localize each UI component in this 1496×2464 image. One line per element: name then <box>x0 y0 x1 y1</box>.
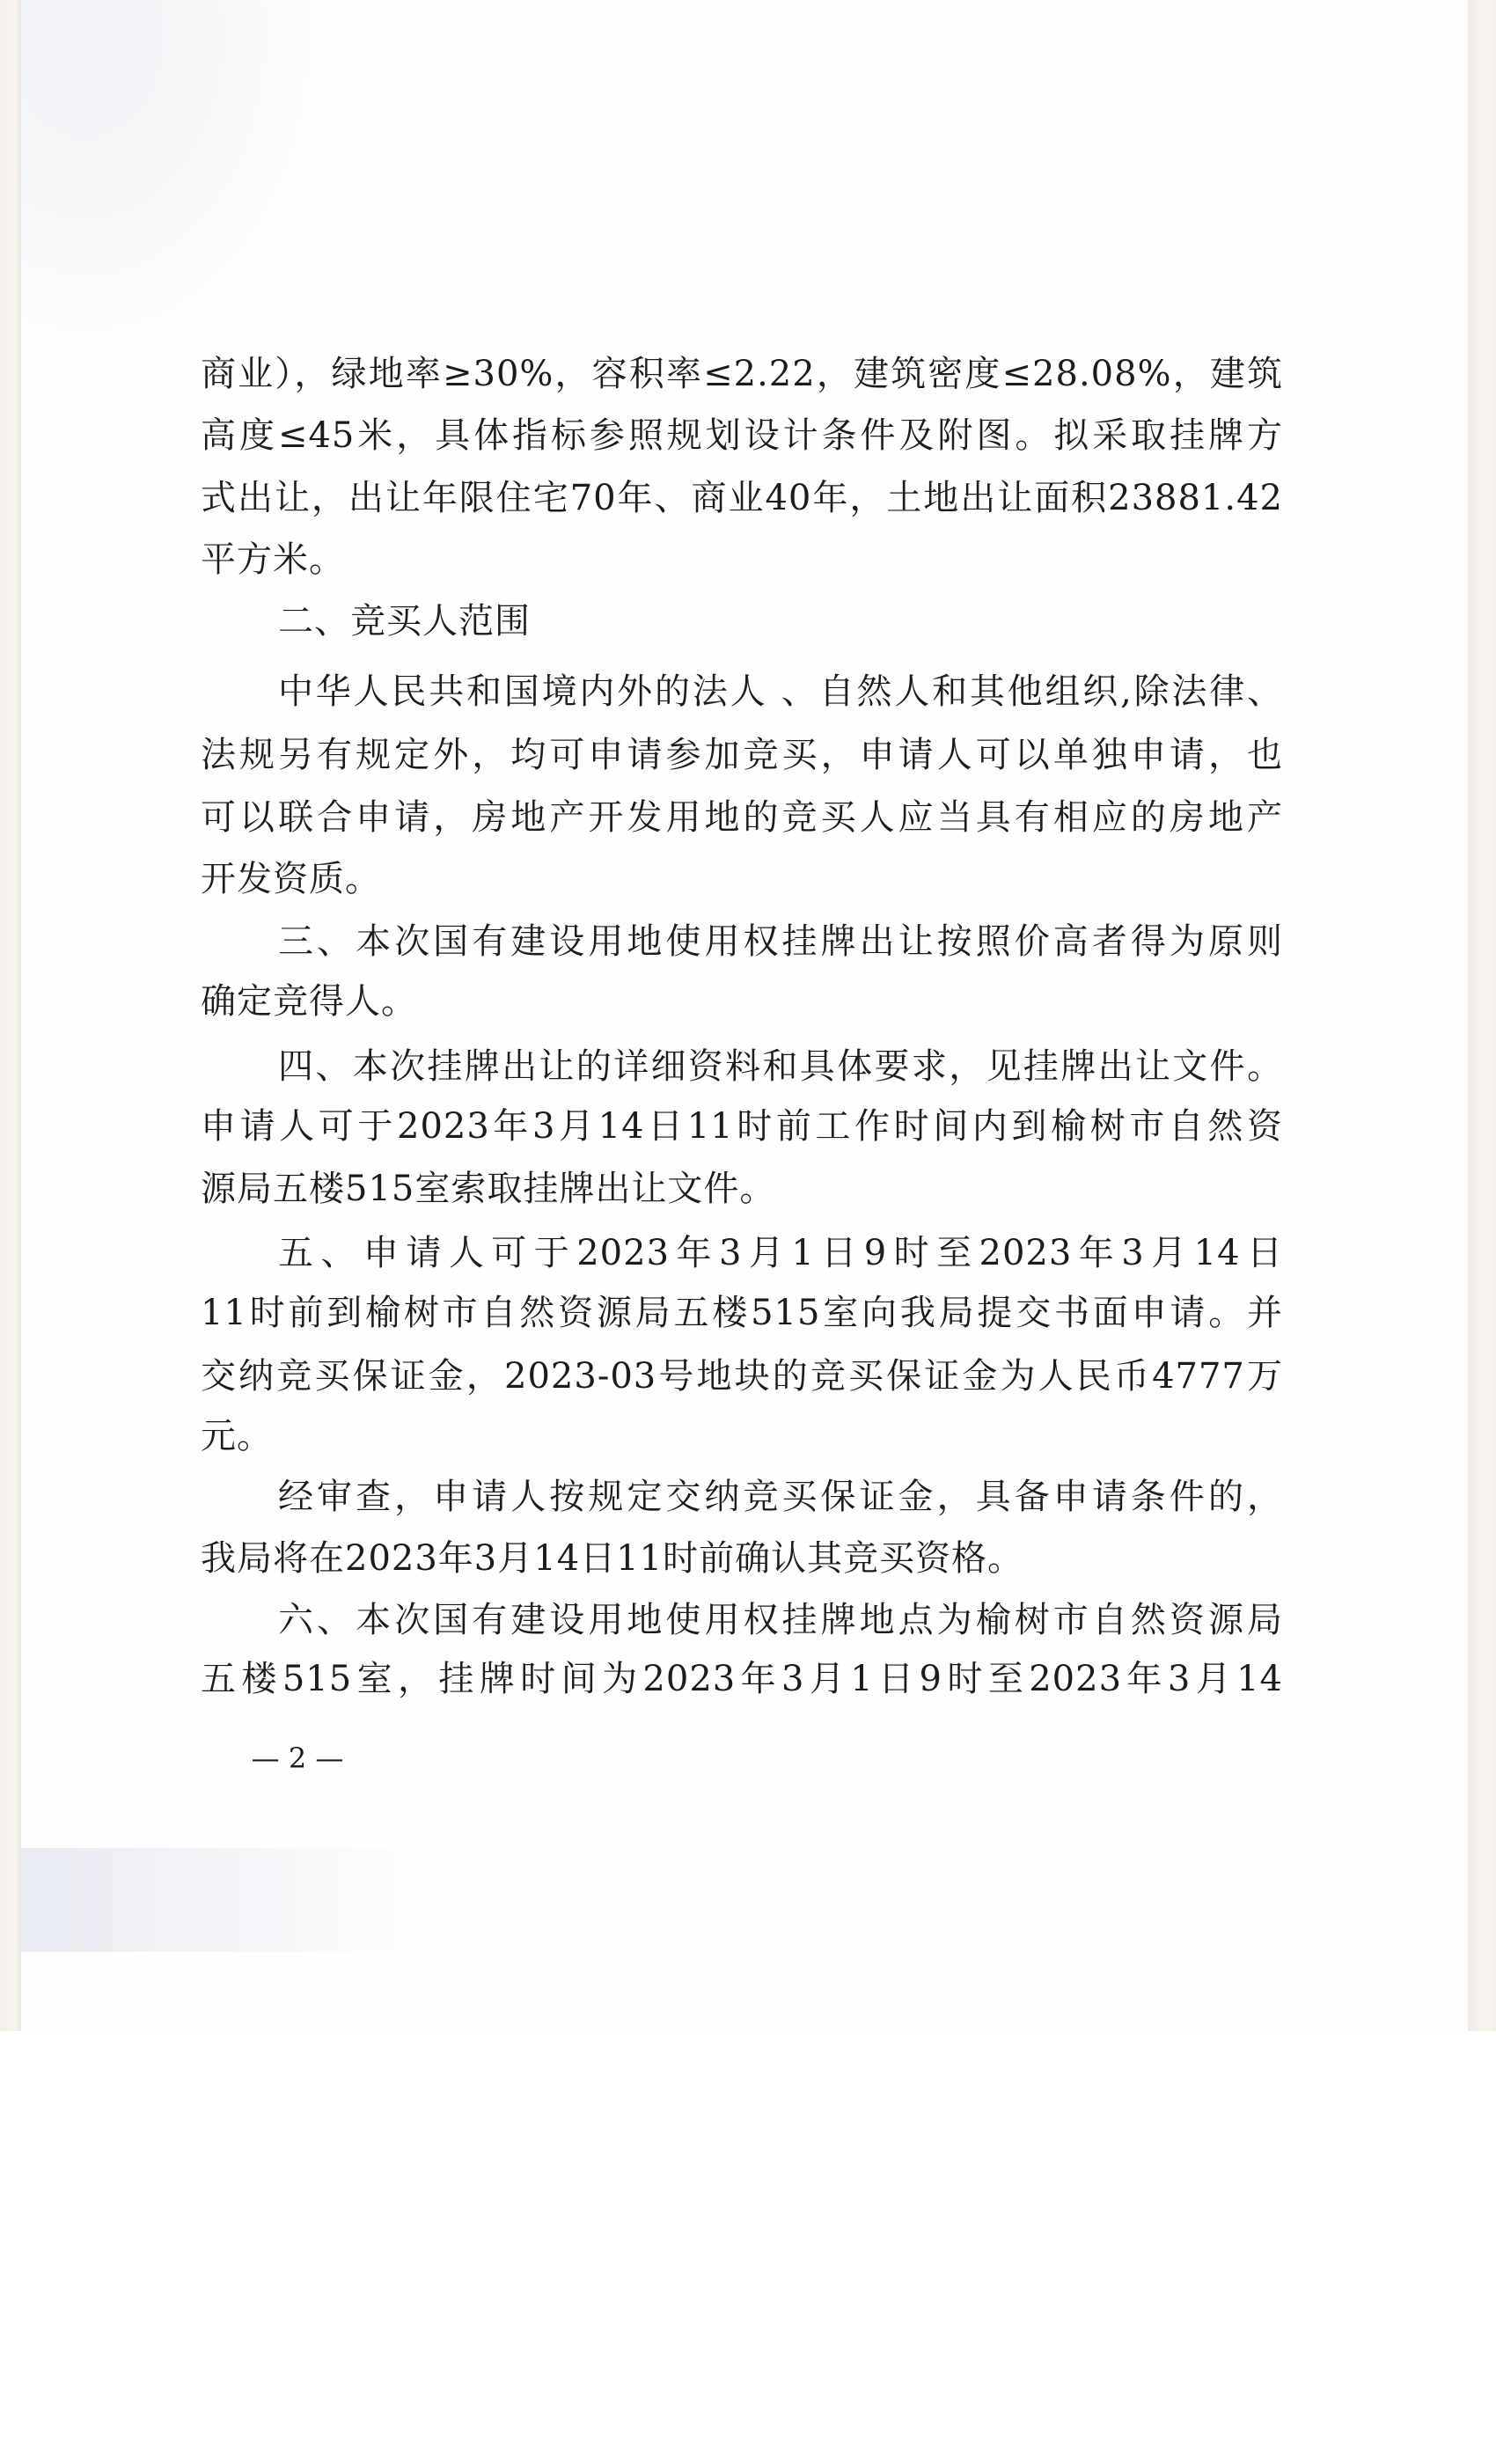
text-line: 平方米。 <box>201 535 1283 584</box>
text-line: 高度≤45米，具体指标参照规划设计条件及附图。拟采取挂牌方 <box>201 411 1283 460</box>
text-line: 法规另有规定外，均可申请参加竞买，申请人可以单独申请，也 <box>201 730 1283 780</box>
text-line: 经审查，申请人按规定交纳竞买保证金，具备申请条件的， <box>278 1472 1283 1522</box>
text-line: 五、申请人可于2023年3月1日9时至2023年3月14日 <box>278 1228 1283 1278</box>
section-heading-bidder-scope: 二、竞买人范围 <box>278 597 1283 646</box>
scan-edge-left <box>0 0 21 2031</box>
scan-shadow <box>21 1848 444 1952</box>
text-line: 申请人可于2023年3月14日11时前工作时间内到榆树市自然资 <box>201 1102 1283 1151</box>
text-line: 可以联合申请，房地产开发用地的竞买人应当具有相应的房地产 <box>201 793 1283 842</box>
text-line: 六、本次国有建设用地使用权挂牌地点为榆树市自然资源局 <box>278 1595 1283 1645</box>
scan-edge-right <box>1468 0 1496 2031</box>
text-line: 中华人民共和国境内外的法人 、自然人和其他组织,除法律、 <box>278 667 1283 716</box>
text-line: 我局将在2023年3月14日11时前确认其竞买资格。 <box>201 1534 1283 1583</box>
text-line: 开发资质。 <box>201 854 1283 904</box>
text-line: 商业），绿地率≥30%，容积率≤2.22，建筑密度≤28.08%，建筑 <box>201 349 1283 399</box>
page-number: — 2 — <box>236 1739 359 1778</box>
text-line: 确定竞得人。 <box>201 977 1283 1026</box>
text-line: 交纳竞买保证金，2023-03号地块的竞买保证金为人民币4777万 <box>201 1352 1283 1401</box>
text-line: 11时前到榆树市自然资源局五楼515室向我局提交书面申请。并 <box>201 1288 1283 1338</box>
text-line: 元。 <box>201 1412 1283 1461</box>
text-line: 源局五楼515室索取挂牌出让文件。 <box>201 1164 1283 1214</box>
scanned-page: 商业），绿地率≥30%，容积率≤2.22，建筑密度≤28.08%，建筑 高度≤4… <box>0 0 1496 2031</box>
text-line: 五楼515室，挂牌时间为2023年3月1日9时至2023年3月14 <box>201 1654 1283 1704</box>
scan-showthrough <box>21 0 338 370</box>
text-line: 三、本次国有建设用地使用权挂牌出让按照价高者得为原则 <box>278 917 1283 966</box>
text-line: 四、本次挂牌出让的详细资料和具体要求，见挂牌出让文件。 <box>278 1042 1283 1091</box>
text-line: 式出让，出让年限住宅70年、商业40年，土地出让面积23881.42 <box>201 473 1283 523</box>
